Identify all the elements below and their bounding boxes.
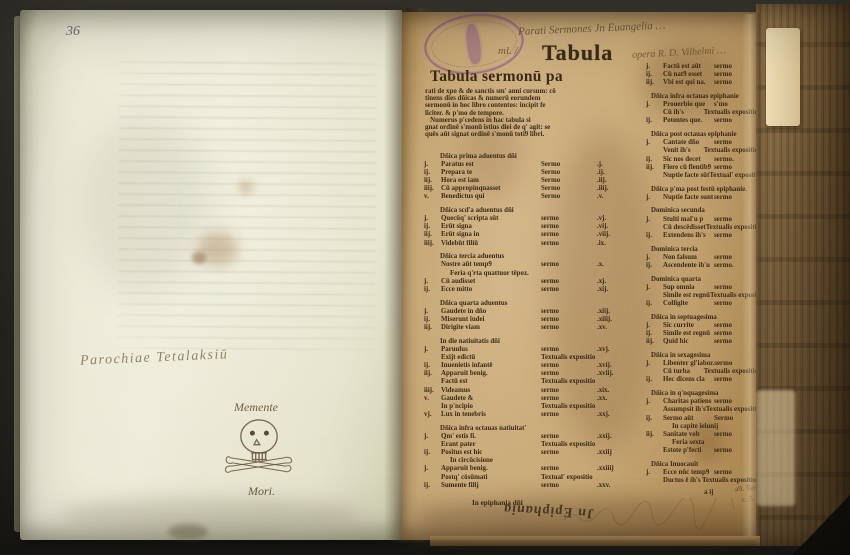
row-numeral xyxy=(646,147,663,155)
sermon-number: .vj. xyxy=(597,215,639,223)
sermon-incipit: Qm' estis fi. xyxy=(441,433,541,441)
row-numeral xyxy=(424,441,441,449)
table-row: Factū estTextualis expositio xyxy=(424,378,639,386)
row-numeral: iiij. xyxy=(424,185,441,193)
sermon-incipit: Vbi est qui na. xyxy=(663,79,714,87)
sermo-label: Textual' expositio xyxy=(541,474,597,482)
row-numeral xyxy=(424,378,441,386)
table-row: v.Gaudete &sermo.xx. xyxy=(424,395,639,403)
row-numeral: j. xyxy=(646,216,663,224)
sermo-label: sermo xyxy=(541,261,597,269)
faint-handwriting-squiggle xyxy=(560,498,760,532)
row-numeral: j. xyxy=(646,194,663,202)
row-numeral xyxy=(646,172,663,180)
sermon-incipit: Sic nos decet xyxy=(663,156,714,164)
row-numeral xyxy=(424,354,441,362)
sermon-incipit: Sup omnia xyxy=(663,284,714,292)
sermon-incipit: Estote p'fecti xyxy=(663,447,714,455)
sermon-number: .xxj. xyxy=(597,411,639,419)
page-stain xyxy=(238,180,254,194)
table-column-left: Dñica prima aduentus dñij.Paratus estSer… xyxy=(424,147,639,507)
row-numeral: iij. xyxy=(646,338,663,346)
open-book-photo: 36 Parochiae Tetalaksiū Memente Mori. Pa… xyxy=(0,0,850,555)
table-row: iij.Erūt signa insermo.viij. xyxy=(424,231,639,239)
sermo-label: sermo xyxy=(541,395,597,403)
sermon-number: .x. xyxy=(597,261,639,269)
sermo-label: Sermo xyxy=(541,185,597,193)
sermon-incipit: Prepara te xyxy=(441,169,541,177)
table-row: ij.Sumente filijsermo.xxv. xyxy=(424,482,639,490)
sermon-incipit: Cū ih's xyxy=(663,109,704,117)
sermon-incipit: Lux in tenebris xyxy=(441,411,541,419)
row-numeral: j. xyxy=(646,139,663,147)
sermon-number xyxy=(597,354,639,362)
sermon-incipit: Ductus ē ih's xyxy=(663,477,702,485)
sermon-incipit: Apparuit benig. xyxy=(441,465,541,473)
sermon-incipit: Erūt signa in xyxy=(441,231,541,239)
row-numeral xyxy=(646,224,663,232)
sermon-incipit: Ecce mitto xyxy=(441,286,541,294)
sermo-label: sermo xyxy=(541,411,597,419)
row-numeral: iij. xyxy=(646,79,663,87)
sermon-incipit: Cū turba xyxy=(663,368,704,376)
row-numeral: j. xyxy=(646,469,663,477)
protruding-leaf xyxy=(766,28,800,126)
row-numeral: j. xyxy=(646,284,663,292)
sermon-number: .viij. xyxy=(597,231,639,239)
sermo-label: sermo xyxy=(541,465,597,473)
sermo-label: sermo xyxy=(541,316,597,324)
row-numeral: ij. xyxy=(424,169,441,177)
left-folio-number: 36 xyxy=(66,24,80,40)
sermon-incipit: Flere cū flentib9 xyxy=(663,164,714,172)
sermon-incipit: Inuenietis infantē xyxy=(441,362,541,370)
sermo-label: sermo xyxy=(541,433,597,441)
sermo-label: sermo xyxy=(541,223,597,231)
row-numeral: ij. xyxy=(646,300,663,308)
sermon-incipit: Exijt edictū xyxy=(441,354,541,362)
sermon-incipit: Quid hic xyxy=(663,338,714,346)
page-stain xyxy=(60,498,360,532)
sermon-number: .ij. xyxy=(597,169,639,177)
sermon-number: .xij. xyxy=(597,286,639,294)
row-numeral xyxy=(646,292,663,300)
sermon-number: .xiij. xyxy=(597,308,639,316)
sermo-label: sermo xyxy=(541,346,597,354)
table-row: Erant paterTextualis expositio xyxy=(424,441,639,449)
sermo-label: sermo xyxy=(541,370,597,378)
sermo-label: sermo xyxy=(541,231,597,239)
sermon-incipit: Nostre aūt temp9 xyxy=(441,261,541,269)
row-numeral xyxy=(646,368,663,376)
sermo-label: Textualis expositio xyxy=(541,354,597,362)
sermon-incipit: Gaudete & xyxy=(441,395,541,403)
table-row: ij.Miserunt iudeisermo.xiiij. xyxy=(424,316,639,324)
intro-line: rati de xpo & de sanctis sm' anni cursum… xyxy=(425,88,639,95)
sermon-incipit: Non falsum xyxy=(663,254,714,262)
sermon-incipit: Simile est regnū xyxy=(663,292,710,300)
sermon-number: .xj. xyxy=(597,278,639,286)
row-numeral: ij. xyxy=(646,376,663,384)
row-numeral xyxy=(646,109,663,117)
sermon-number: .iij. xyxy=(597,177,639,185)
row-numeral: j. xyxy=(424,346,441,354)
table-row: iij.Hora est iamSermo.iij. xyxy=(424,177,639,185)
sermon-number: .ix. xyxy=(597,240,639,248)
table-row: ij.Prepara teSermo.ij. xyxy=(424,169,639,177)
table-row: Exijt edictūTextualis expositio xyxy=(424,354,639,362)
sermon-number: .xxv. xyxy=(597,482,639,490)
row-numeral: iiij. xyxy=(424,387,441,395)
sermon-number: .xxij. xyxy=(597,433,639,441)
row-numeral: iij. xyxy=(424,177,441,185)
intro-line: sermonū in hoc libro contentos: incipit … xyxy=(425,102,639,109)
row-numeral: ij. xyxy=(646,71,663,79)
row-numeral: ij. xyxy=(424,286,441,294)
sermon-incipit: Cū audisset xyxy=(441,278,541,286)
sermo-label: Sermo xyxy=(541,193,597,201)
sermon-incipit: Gaudete in dño xyxy=(441,308,541,316)
sermon-incipit: Sumente filij xyxy=(441,482,541,490)
intro-line: tinens dies dñicas & numerū eorundem xyxy=(425,95,639,102)
tabula-introduction: rati de xpo & de sanctis sm' anni cursum… xyxy=(425,88,639,138)
sermon-incipit: Quecūq' scripta sūt xyxy=(441,215,541,223)
sermo-label: sermo xyxy=(541,324,597,332)
sermon-incipit: Potentes que. xyxy=(663,117,714,125)
sermon-incipit: Ecce nūc temp9 xyxy=(663,469,714,477)
sermon-number: .j. xyxy=(597,161,639,169)
sermon-incipit: Nuptie facte sunt xyxy=(663,194,714,202)
sermon-incipit: Charitas patiens xyxy=(663,398,714,406)
sermon-incipit: Sic currite xyxy=(663,322,714,330)
sermon-incipit: Extendens ih's xyxy=(663,232,714,240)
row-numeral: ij. xyxy=(424,316,441,324)
row-numeral: v. xyxy=(424,193,441,201)
sermo-label: Sermo xyxy=(541,161,597,169)
sub-section-header: Feria q'rta quattuor tēpoz. xyxy=(450,270,639,278)
sermon-number xyxy=(597,403,639,411)
sermon-incipit: Cū appropinquasset xyxy=(441,185,541,193)
section-header: Dñica quarta aduentus xyxy=(440,300,639,308)
section-header: Dñica prima aduentus dñi xyxy=(440,153,639,161)
row-numeral xyxy=(646,447,663,455)
row-numeral: j. xyxy=(424,433,441,441)
section-header: In die natiuitatis dñi xyxy=(440,338,639,346)
sermon-incipit: Benedictus qui xyxy=(441,193,541,201)
sermon-incipit: In p'ncipio xyxy=(441,403,541,411)
row-numeral: ij. xyxy=(424,482,441,490)
row-numeral: iij. xyxy=(424,370,441,378)
sermon-incipit: Factū est xyxy=(441,378,541,386)
sermon-number xyxy=(597,474,639,482)
sermon-incipit: Dirigite viam xyxy=(441,324,541,332)
sermon-incipit: Miserunt iudei xyxy=(441,316,541,324)
page-stain xyxy=(168,524,208,540)
sermon-incipit: Paratus est xyxy=(441,161,541,169)
row-numeral: j. xyxy=(424,215,441,223)
sermo-label: sermo xyxy=(541,240,597,248)
intro-line: quēs aūt signat ordinē s'monū toti9 libr… xyxy=(425,131,639,138)
sermon-incipit: Simile est regnū xyxy=(663,330,714,338)
sermon-number xyxy=(597,441,639,449)
table-row: ij.Inuenietis infantēsermo.xvij. xyxy=(424,362,639,370)
handwritten-prefix: ml. / xyxy=(498,45,518,57)
table-row: iiij.Cū appropinquassetSermo.iiij. xyxy=(424,185,639,193)
row-numeral: iij. xyxy=(646,164,663,172)
sermo-label: Textualis expositio xyxy=(541,403,597,411)
sermon-incipit: Sanitate vob xyxy=(663,431,714,439)
sermon-incipit: Paruulus xyxy=(441,346,541,354)
sermo-label: sermo xyxy=(541,278,597,286)
sermon-incipit: Colligite xyxy=(663,300,714,308)
intro-line: gnat ordinē s'monū istius diei de q' agi… xyxy=(425,124,639,131)
sermo-label: sermo xyxy=(541,286,597,294)
row-numeral: ij. xyxy=(424,449,441,457)
sermon-incipit: Hec dicens cla xyxy=(663,376,714,384)
page-stain xyxy=(192,252,206,264)
sermon-incipit: Nuptie facte sūt xyxy=(663,172,709,180)
sermon-incipit: Videbūt filiū xyxy=(441,240,541,248)
sermon-number: .iiij. xyxy=(597,185,639,193)
sermon-number: .xx. xyxy=(597,395,639,403)
row-numeral: ij. xyxy=(646,262,663,270)
row-numeral: j. xyxy=(424,465,441,473)
section-header: Dñica infra octauas natiuitat' xyxy=(440,425,639,433)
table-row: iiij.Videbūt filiūsermo.ix. xyxy=(424,240,639,248)
skull-and-crossbones-drawing xyxy=(216,410,302,486)
table-row: Nostre aūt temp9sermo.x. xyxy=(424,261,639,269)
sermon-number: .vij. xyxy=(597,223,639,231)
row-numeral: j. xyxy=(424,308,441,316)
sermon-number: .xv. xyxy=(597,324,639,332)
row-numeral: j. xyxy=(424,161,441,169)
table-row: iij.Apparuit benig.sermo.xviij. xyxy=(424,370,639,378)
sermon-number: .xxiij xyxy=(597,449,639,457)
row-numeral xyxy=(646,477,663,485)
table-row: ij.Ecce mittosermo.xij. xyxy=(424,286,639,294)
row-numeral: ij. xyxy=(646,330,663,338)
table-row: j.Paruulussermo.xvj. xyxy=(424,346,639,354)
row-numeral xyxy=(424,474,441,482)
row-numeral: j. xyxy=(646,398,663,406)
sermo-label: Sermo xyxy=(541,177,597,185)
sermo-label: Textualis expositio xyxy=(541,441,597,449)
sermon-incipit: Stulti mal'u p xyxy=(663,216,714,224)
sermo-label: Sermo xyxy=(541,169,597,177)
section-header: Dñica scd'a aduentus dñi xyxy=(440,207,639,215)
row-numeral: vj. xyxy=(424,411,441,419)
intro-line: liciter. & p'mo de tempore. xyxy=(425,110,639,117)
sermon-incipit: Assumpsit ih's xyxy=(663,406,706,414)
sermon-incipit: Erūt signa xyxy=(441,223,541,231)
sermo-label: sermo xyxy=(541,362,597,370)
row-numeral: iij. xyxy=(424,231,441,239)
underlying-leaf-edge xyxy=(430,536,760,546)
row-numeral: iij. xyxy=(424,324,441,332)
row-numeral: ij. xyxy=(646,117,663,125)
row-numeral: iij. xyxy=(646,431,663,439)
sub-section-header: In circūcisione xyxy=(450,457,639,465)
table-row: j.Gaudete in dñosermo.xiij. xyxy=(424,308,639,316)
table-row: ij.Positus est hicsermo.xxiij xyxy=(424,449,639,457)
table-row: iiij.Videamussermo.xix. xyxy=(424,387,639,395)
printed-running-title: Tabula xyxy=(542,40,613,66)
sermo-label: Textualis expositio xyxy=(541,378,597,386)
sermon-number: .xiiij. xyxy=(597,316,639,324)
row-numeral: j. xyxy=(646,101,663,109)
row-numeral xyxy=(424,261,441,269)
sermon-incipit: Apparuit benig. xyxy=(441,370,541,378)
sermon-incipit: Sermo aūt xyxy=(663,415,714,423)
sermon-incipit: Ascendente ih'u xyxy=(663,262,714,270)
sermon-incipit: Postq' cōsūmati xyxy=(441,474,541,482)
sermon-number: .xvj. xyxy=(597,346,639,354)
sermon-incipit: Hora est iam xyxy=(441,177,541,185)
table-row: v.Benedictus quiSermo.v. xyxy=(424,193,639,201)
sermon-number: .v. xyxy=(597,193,639,201)
row-numeral: iiij. xyxy=(424,240,441,248)
sermon-incipit: Prouerbio que xyxy=(663,101,714,109)
sermon-number xyxy=(597,378,639,386)
table-row: j.Apparuit benig.sermo.xxiiij xyxy=(424,465,639,473)
row-numeral: j. xyxy=(646,322,663,330)
sermon-number: .xix. xyxy=(597,387,639,395)
sermon-number: .xviij. xyxy=(597,370,639,378)
row-numeral: ij. xyxy=(646,156,663,164)
row-numeral xyxy=(646,406,663,414)
sermon-incipit: Cū descēdisset xyxy=(663,224,706,232)
sermon-number: .xxiiij xyxy=(597,465,639,473)
sermon-incipit: Positus est hic xyxy=(441,449,541,457)
sermon-number: .xvij. xyxy=(597,362,639,370)
sermo-label: sermo xyxy=(541,482,597,490)
row-numeral: ij. xyxy=(646,415,663,423)
section-header: Dñica tercia aduentus xyxy=(440,253,639,261)
table-row: iij.Dirigite viamsermo.xv. xyxy=(424,324,639,332)
table-row: j.Paratus estSermo.j. xyxy=(424,161,639,169)
sermo-label: sermo xyxy=(541,387,597,395)
row-numeral: j. xyxy=(424,278,441,286)
page-stain xyxy=(80,120,210,290)
sermon-incipit: Erant pater xyxy=(441,441,541,449)
row-numeral xyxy=(424,403,441,411)
table-row: j.Qm' estis fi.sermo.xxij. xyxy=(424,433,639,441)
table-row: j.Quecūq' scripta sūtsermo.vj. xyxy=(424,215,639,223)
row-numeral: j. xyxy=(646,254,663,262)
row-numeral: ij. xyxy=(646,232,663,240)
row-numeral: v. xyxy=(424,395,441,403)
row-numeral: j. xyxy=(646,63,663,71)
sermon-incipit: Factū est aūt xyxy=(663,63,714,71)
intro-line: Numerus p'cedens in hac tabula si xyxy=(425,117,639,124)
sermon-incipit: Libenter gl'iabor. xyxy=(663,360,714,368)
row-numeral: ij. xyxy=(424,362,441,370)
light-leaf-patch xyxy=(757,390,795,506)
table-row: ij.Erūt signasermo.vij. xyxy=(424,223,639,231)
sermon-incipit: Cantate dño xyxy=(663,139,714,147)
row-numeral: j. xyxy=(646,360,663,368)
sermo-label: sermo xyxy=(541,308,597,316)
sermon-incipit: Venit ih's xyxy=(663,147,704,155)
mori-caption: Mori. xyxy=(248,484,275,499)
table-row: vj.Lux in tenebrissermo.xxj. xyxy=(424,411,639,419)
table-row: In p'ncipioTextualis expositio xyxy=(424,403,639,411)
sermo-label: sermo xyxy=(541,215,597,223)
tabula-heading: Tabula sermonū pa xyxy=(430,68,642,86)
table-row: Postq' cōsūmatiTextual' expositio xyxy=(424,474,639,482)
sermon-incipit: Cū nat9 esset xyxy=(663,71,714,79)
table-row: j.Cū audissetsermo.xj. xyxy=(424,278,639,286)
sermo-label: sermo xyxy=(541,449,597,457)
sermon-incipit: Videamus xyxy=(441,387,541,395)
row-numeral: ij. xyxy=(424,223,441,231)
